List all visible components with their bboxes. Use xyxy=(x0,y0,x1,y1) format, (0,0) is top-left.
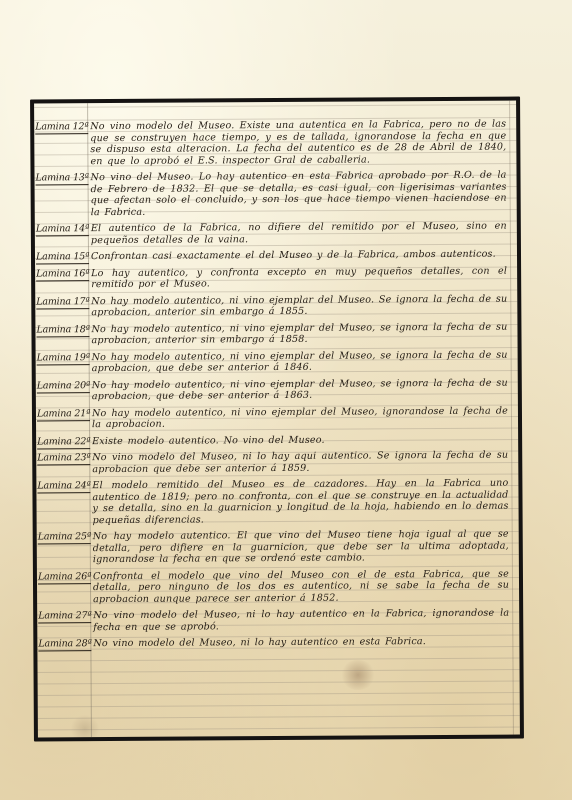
entry-text: No vino modelo del Museo, ni lo hay aute… xyxy=(91,608,519,634)
entry-text: No vino del Museo. Lo hay autentico en e… xyxy=(88,170,516,219)
entry-text: No hay modelo autentico, ni vino ejempla… xyxy=(89,293,517,319)
entry-lamina-13: Lamina 13ª No vino del Museo. Lo hay aut… xyxy=(34,170,516,219)
entry-lamina-20: Lamina 20ª No hay modelo autentico, ni v… xyxy=(36,377,518,403)
entry-label: Lamina 12ª xyxy=(34,121,88,132)
entry-label: Lamina 15ª xyxy=(35,251,89,262)
entry-text: El modelo remitido del Museo es de cazad… xyxy=(90,478,518,527)
entry-lamina-12: Lamina 12ª No vino modelo del Museo. Exi… xyxy=(34,119,516,168)
entry-lamina-18: Lamina 18ª No hay modelo autentico, ni v… xyxy=(35,321,517,347)
entry-text: El autentico de la Fabrica, no difiere d… xyxy=(89,221,517,247)
entry-lamina-15: Lamina 15ª Confrontan casi exactamente e… xyxy=(35,249,517,263)
entries-list: Lamina 12ª No vino modelo del Museo. Exi… xyxy=(34,119,519,655)
entry-label: Lamina 25ª xyxy=(37,531,91,542)
entry-text: No vino modelo del Museo, ni lo hay aqui… xyxy=(90,450,518,476)
entry-text: No hay modelo autentico. El que vino del… xyxy=(91,529,519,566)
entry-label: Lamina 20ª xyxy=(36,380,90,391)
entry-label: Lamina 19ª xyxy=(36,352,90,363)
entry-lamina-26: Lamina 26ª Confronta el modelo que vino … xyxy=(37,568,519,605)
entry-label: Lamina 26ª xyxy=(37,571,91,582)
entry-label: Lamina 16ª xyxy=(35,268,89,279)
entry-label: Lamina 22ª xyxy=(36,436,90,447)
entry-text: No hay modelo autentico, ni vino ejempla… xyxy=(90,349,518,375)
entry-text: No hay modelo autentico, ni vino ejempla… xyxy=(90,377,518,403)
entry-lamina-28: Lamina 28ª No vino modelo del Museo, ni … xyxy=(37,636,519,650)
entry-lamina-16: Lamina 16ª Lo hay autentico, y confronta… xyxy=(35,265,517,291)
entry-text: Confrontan casi exactamente el del Museo… xyxy=(89,249,517,263)
entry-lamina-22: Lamina 22ª Existe modelo autentico. No v… xyxy=(36,433,518,447)
entry-lamina-24: Lamina 24ª El modelo remitido del Museo … xyxy=(36,478,518,527)
entry-lamina-21: Lamina 21ª No hay modelo autentico, ni v… xyxy=(36,405,518,431)
entry-label: Lamina 13ª xyxy=(34,172,88,183)
entry-text: Confronta el modelo que vino del Museo c… xyxy=(91,568,519,605)
entry-lamina-25: Lamina 25ª No hay modelo autentico. El q… xyxy=(37,529,519,566)
entry-text: No hay modelo autentico, ni vino ejempla… xyxy=(89,321,517,347)
entry-text: No vino modelo del Museo, ni lo hay aute… xyxy=(91,636,519,650)
entry-lamina-19: Lamina 19ª No hay modelo autentico, ni v… xyxy=(36,349,518,375)
entry-label: Lamina 24ª xyxy=(36,480,90,491)
entry-lamina-27: Lamina 27ª No vino modelo del Museo, ni … xyxy=(37,608,519,634)
ledger-frame: Lamina 12ª No vino modelo del Museo. Exi… xyxy=(30,97,524,742)
entry-lamina-17: Lamina 17ª No hay modelo autentico, ni v… xyxy=(35,293,517,319)
entry-label: Lamina 21ª xyxy=(36,408,90,419)
entry-label: Lamina 14ª xyxy=(35,223,89,234)
entry-text: No hay modelo autentico, ni vino ejempla… xyxy=(90,405,518,431)
entry-label: Lamina 23ª xyxy=(36,452,90,463)
entry-label: Lamina 27ª xyxy=(37,610,91,621)
entry-lamina-14: Lamina 14ª El autentico de la Fabrica, n… xyxy=(35,221,517,247)
entry-lamina-23: Lamina 23ª No vino modelo del Museo, ni … xyxy=(36,450,518,476)
entry-text: Existe modelo autentico. No vino del Mus… xyxy=(90,433,518,447)
entry-label: Lamina 18ª xyxy=(35,324,89,335)
entry-text: No vino modelo del Museo. Existe una aut… xyxy=(88,119,516,168)
entry-label: Lamina 17ª xyxy=(35,296,89,307)
entry-text: Lo hay autentico, y confronta excepto en… xyxy=(89,265,517,291)
entry-label: Lamina 28ª xyxy=(37,638,91,649)
